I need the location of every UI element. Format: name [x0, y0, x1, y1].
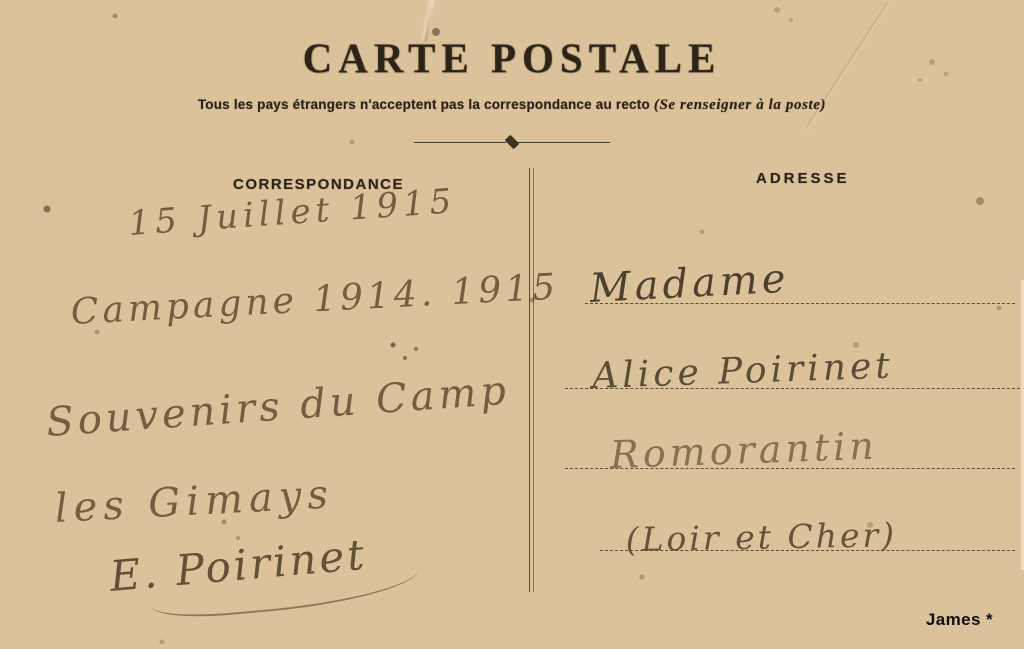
postcard-back: CARTE POSTALE Tous les pays étrangers n'… — [0, 0, 1024, 649]
address-line-row: (Loir et Cher) — [600, 502, 1015, 551]
handwritten-message-line: Souvenirs du Camp — [45, 368, 512, 446]
collector-watermark: James * — [926, 610, 993, 630]
handwritten-campaign: Campagne 1914. 1915 — [70, 266, 560, 333]
address-line-row: Romorantin — [565, 420, 1015, 469]
column-divider-line — [529, 168, 534, 592]
handwritten-address-title: Madame — [589, 256, 791, 312]
address-line-row: Madame — [585, 256, 1015, 304]
ornament-line-left — [414, 142, 506, 143]
handwritten-address-department: (Loir et Cher) — [625, 515, 897, 559]
handwritten-address-town: Romorantin — [609, 424, 878, 477]
postal-notice: Tous les pays étrangers n'acceptent pas … — [0, 97, 1024, 114]
address-line-row: Alice Poirinet — [565, 340, 1020, 389]
diamond-icon — [505, 135, 520, 150]
ornament-line-right — [518, 142, 610, 143]
handwritten-address-name: Alice Poirinet — [592, 346, 895, 397]
postal-notice-parenthetical: (Se renseigner à la poste) — [654, 97, 826, 113]
foxing-specks — [0, 0, 4, 4]
handwritten-place: les Gimays — [54, 471, 335, 532]
postcard-title: CARTE POSTALE — [0, 33, 1024, 83]
postal-notice-main: Tous les pays étrangers n'acceptent pas … — [198, 97, 654, 112]
address-header: ADRESSE — [756, 170, 850, 187]
divider-ornament — [0, 136, 1024, 148]
